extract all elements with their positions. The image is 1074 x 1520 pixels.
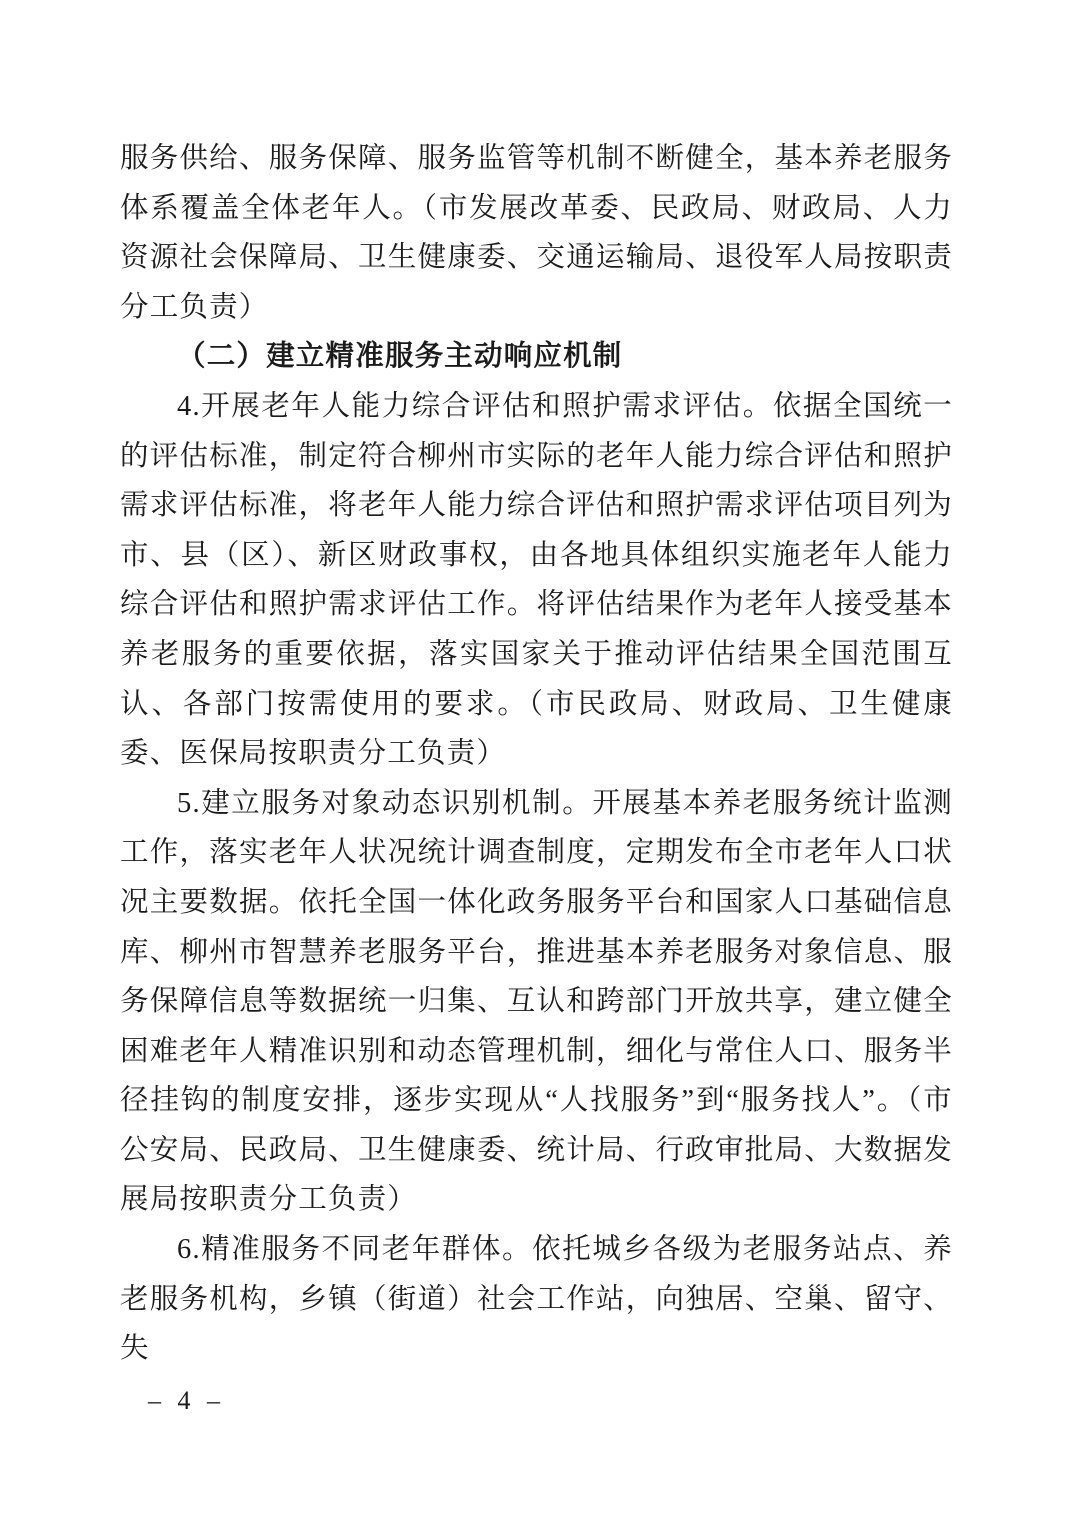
paragraph-continuation: 服务供给、服务保障、服务监管等机制不断健全，基本养老服务体系覆盖全体老年人。（市…	[120, 134, 953, 332]
page-number: – 4 –	[148, 1384, 222, 1418]
document-page: 服务供给、服务保障、服务监管等机制不断健全，基本养老服务体系覆盖全体老年人。（市…	[0, 0, 1074, 1520]
numbered-item-6: 6.精准服务不同老年群体。依托城乡各级为老服务站点、养老服务机构，乡镇（街道）社…	[120, 1225, 953, 1374]
numbered-item-4-text: 依据全国统一的评估标准，制定符合柳州市实际的老年人能力综合评估和照护需求评估标准…	[120, 391, 953, 769]
numbered-item-4: 4.开展老年人能力综合评估和照护需求评估。依据全国统一的评估标准，制定符合柳州市…	[120, 382, 953, 779]
section-heading: （二）建立精准服务主动响应机制	[120, 332, 953, 382]
numbered-item-5-text: 开展基本养老服务统计监测工作，落实老年人状况统计调查制度，定期发布全市老年人口状…	[120, 788, 953, 1216]
numbered-item-5-lead: 5.建立服务对象动态识别机制。	[177, 788, 592, 819]
numbered-item-6-lead: 6.精准服务不同老年群体。	[177, 1234, 532, 1265]
numbered-item-4-lead: 4.开展老年人能力综合评估和照护需求评估。	[177, 391, 773, 422]
document-body: 服务供给、服务保障、服务监管等机制不断健全，基本养老服务体系覆盖全体老年人。（市…	[120, 134, 953, 1374]
numbered-item-5: 5.建立服务对象动态识别机制。开展基本养老服务统计监测工作，落实老年人状况统计调…	[120, 779, 953, 1225]
